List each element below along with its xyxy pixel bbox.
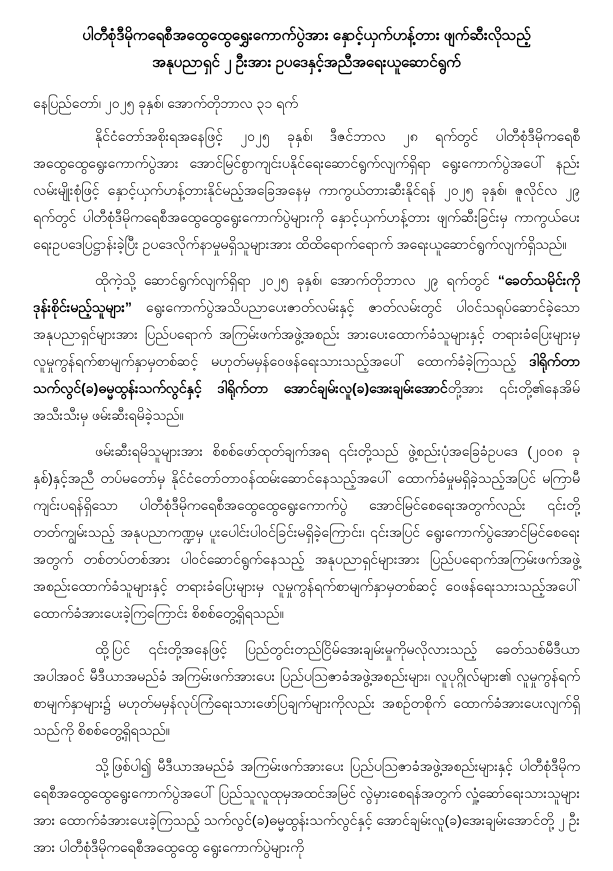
text-segment: သို့ဖြစ်ပါ၍ မီဒီယာအမည်ခံ အကြမ်းဖက်အားပေး… xyxy=(33,758,580,855)
document-title-line-1: ပါတီစုံဒီမိုကရေစီအထွေထွေရွှေးကောက်ပွဲအား… xyxy=(82,27,531,44)
document-title: ပါတီစုံဒီမိုကရေစီအထွေထွေရွှေးကောက်ပွဲအား… xyxy=(33,22,580,76)
document-title-line-2: အနုပညာရှင် ၂ ဦးအား ဥပဒေနှင့်အညီအရေးယူဆော… xyxy=(152,54,461,71)
text-segment: နိုင်ငံတော်အစိုးရအနေဖြင့် ၂၀၂၅ ခုနှစ်၊ ဒ… xyxy=(33,128,580,252)
document-page: ပါတီစုံဒီမိုကရေစီအထွေထွေရွှေးကောက်ပွဲအား… xyxy=(0,0,613,871)
body-paragraph-5: သို့ဖြစ်ပါ၍ မီဒီယာအမည်ခံ အကြမ်းဖက်အားပေး… xyxy=(33,753,580,861)
body-paragraph-1: နိုင်ငံတော်အစိုးရအနေဖြင့် ၂၀၂၅ ခုနှစ်၊ ဒ… xyxy=(33,123,580,258)
text-segment: ထို့ပြင် ၎င်းတို့အနေဖြင့် ပြည်တွင်းတည်ငြ… xyxy=(33,641,580,738)
body-paragraph-3: ဖမ်းဆီးရမိသူများအား စိစစ်ဖော်ထုတ်ချက်အရ … xyxy=(33,438,580,627)
text-segment: ထိုကဲ့သို့ ဆောင်ရွက်လျက်ရှိရာ ၂၀၂၅ ခုနှစ… xyxy=(95,272,498,288)
body-paragraph-4: ထို့ပြင် ၎င်းတို့အနေဖြင့် ပြည်တွင်းတည်ငြ… xyxy=(33,636,580,744)
body-paragraph-2: ထိုကဲ့သို့ ဆောင်ရွက်လျက်ရှိရာ ၂၀၂၅ ခုနှစ… xyxy=(33,267,580,429)
dateline: နေပြည်တော်၊ ၂၀၂၅ ခုနှစ်၊ အောက်တိုဘာလ ၃၁ … xyxy=(33,90,580,117)
text-segment: ဖမ်းဆီးရမိသူများအား စိစစ်ဖော်ထုတ်ချက်အရ … xyxy=(33,443,580,621)
document-body: နိုင်ငံတော်အစိုးရအနေဖြင့် ၂၀၂၅ ခုနှစ်၊ ဒ… xyxy=(33,123,580,861)
